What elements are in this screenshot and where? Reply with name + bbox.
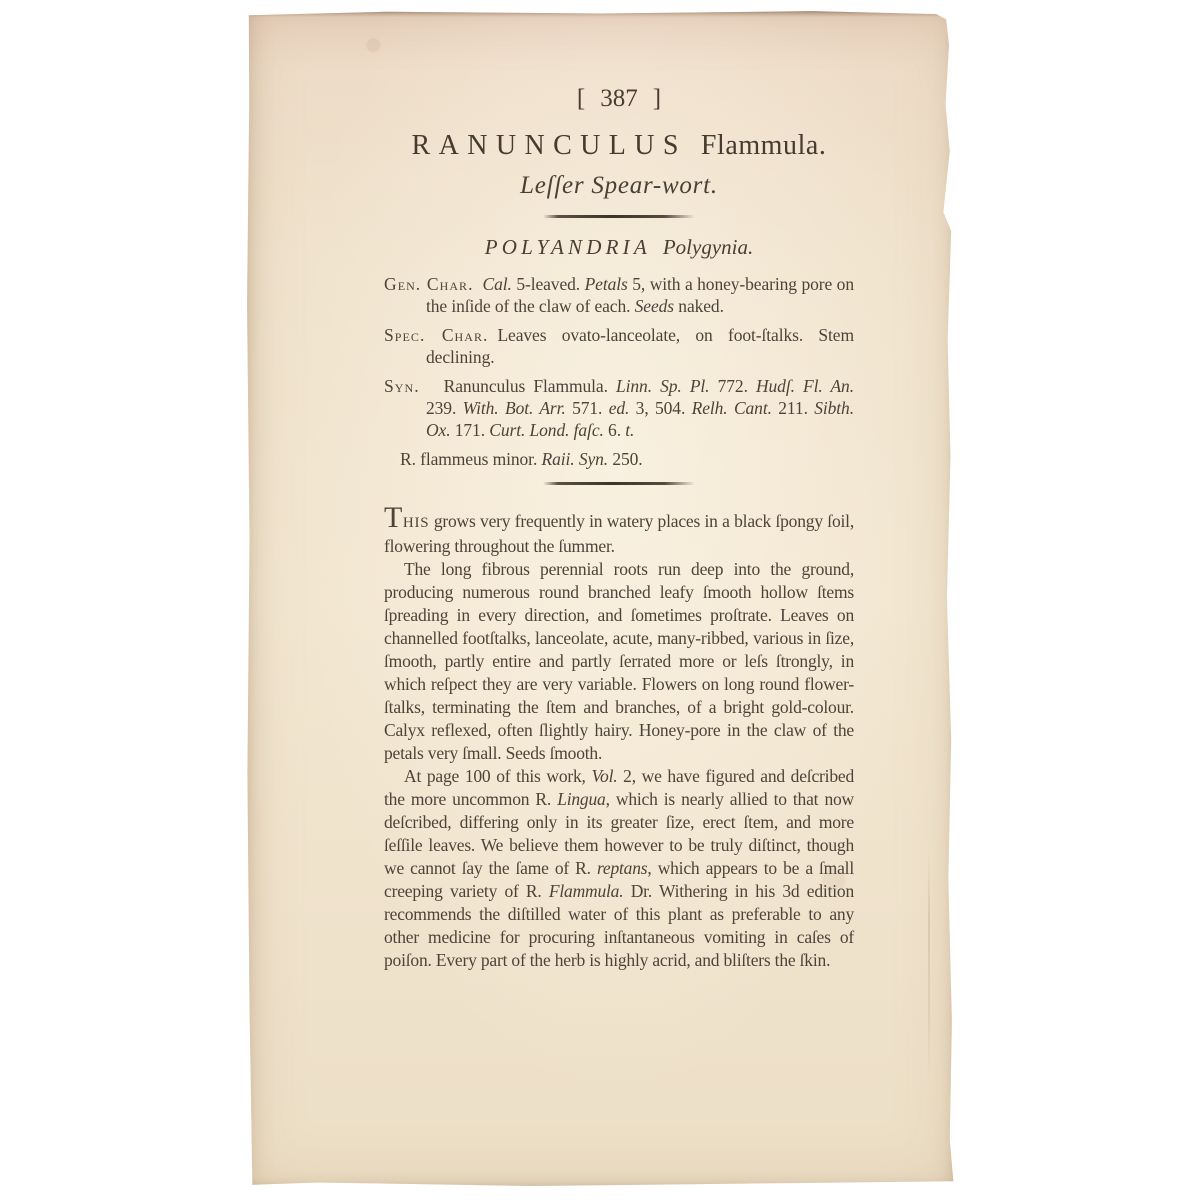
printed-text-block: [387] RANUNCULUSFlammula. Leſſer Spear-w… — [384, 10, 854, 972]
species-title: RANUNCULUSFlammula. — [384, 129, 854, 162]
page-number-value: 387 — [600, 85, 638, 112]
classification-line: POLYANDRIAPolygynia. — [384, 235, 854, 260]
paper-crease — [928, 850, 930, 1080]
entry-spec-char-label: Spec. Char. — [384, 325, 488, 345]
entry-spec-char-text: Leaves ovato-lanceolate, on foot-ſtalks.… — [426, 325, 854, 367]
linnaean-class: POLYANDRIA — [485, 235, 651, 259]
entry-spec-char: Spec. Char.Leaves ovato-lanceolate, on f… — [384, 324, 854, 368]
entry-gen-char-text: Cal. 5-leaved. Petals 5, with a honey-be… — [426, 274, 854, 316]
body-paragraph-1: THIS grows very frequently in watery pla… — [384, 506, 854, 558]
body-paragraph-3-text: At page 100 of this work, Vol. 2, we hav… — [384, 766, 854, 970]
body-paragraph-2: The long fibrous perennial roots run dee… — [384, 558, 854, 765]
description-entries: Gen. Char.Cal. 5-leaved. Petals 5, with … — [384, 273, 854, 470]
divider-rule-mid — [543, 482, 695, 485]
linnaean-order: Polygynia. — [663, 235, 753, 259]
species-epithet: Flammula. — [701, 130, 827, 161]
page-number: [387] — [384, 84, 854, 114]
scan-background: [387] RANUNCULUSFlammula. Leſſer Spear-w… — [0, 0, 1200, 1200]
lead-initial: T — [384, 501, 403, 534]
divider-rule-top — [543, 215, 695, 218]
genus-name: RANUNCULUS — [412, 130, 687, 161]
entry-gen-char-label: Gen. Char. — [384, 274, 474, 294]
body-paragraph-2-text: The long fibrous perennial roots run dee… — [384, 559, 854, 763]
page-number-close-bracket: ] — [653, 85, 661, 112]
entry-synonyms: Syn.Ranunculus Flammula. Linn. Sp. Pl. 7… — [384, 375, 854, 441]
lead-caps: HIS — [403, 515, 430, 531]
entry-synonyms-label: Syn. — [384, 376, 420, 396]
body-paragraph-3: At page 100 of this work, Vol. 2, we hav… — [384, 765, 854, 972]
entry-flammeus-text: R. flammeus minor. Raii. Syn. 250. — [400, 449, 643, 469]
entry-gen-char: Gen. Char.Cal. 5-leaved. Petals 5, with … — [384, 273, 854, 317]
page-number-open-bracket: [ — [577, 85, 585, 112]
paper-sheet: [387] RANUNCULUSFlammula. Leſſer Spear-w… — [246, 10, 954, 1186]
body-paragraph-1-text: grows very frequently in watery places i… — [384, 511, 854, 556]
common-name: Leſſer Spear-wort. — [384, 171, 854, 201]
entry-flammeus: R. flammeus minor. Raii. Syn. 250. — [384, 448, 854, 470]
body-text: THIS grows very frequently in watery pla… — [384, 506, 854, 972]
entry-synonyms-text: Ranunculus Flammula. Linn. Sp. Pl. 772. … — [426, 376, 854, 440]
